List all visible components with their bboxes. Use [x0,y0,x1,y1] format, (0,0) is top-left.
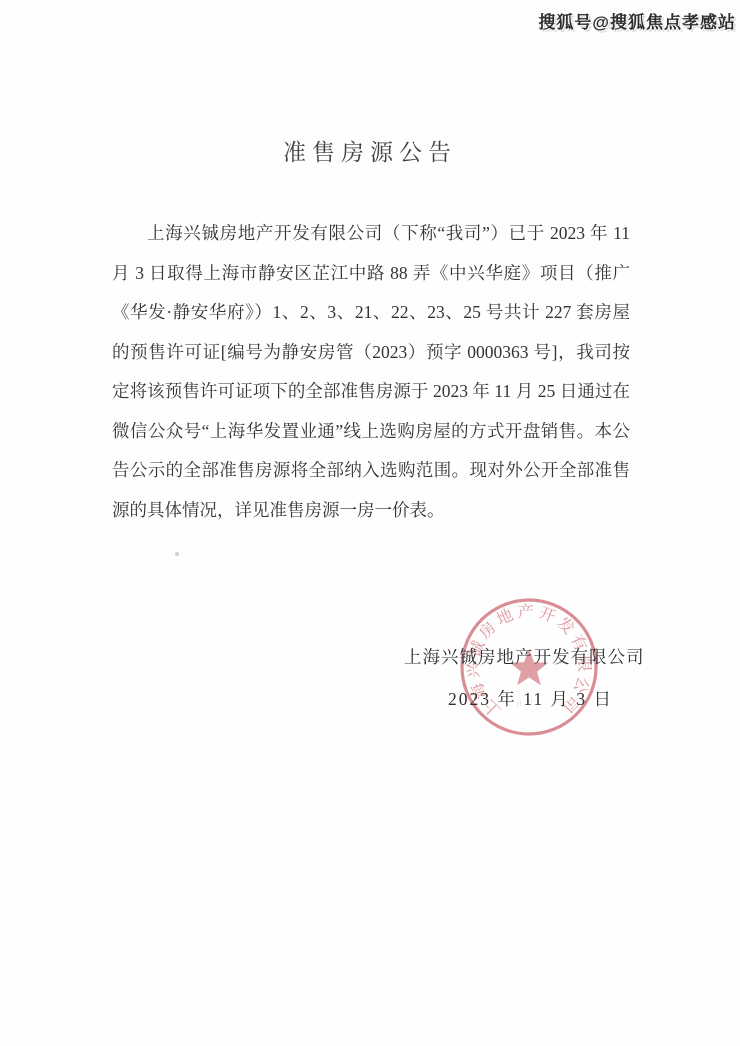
signature-date: 2023 年 11 月 3 日 [448,686,613,711]
body-line: 源的具体情况，详见准售房源一房一价表。 [112,491,630,531]
page-title: 准售房源公告 [0,134,740,167]
watermark-text: 搜狐号@搜狐焦点孝感站 [538,8,736,33]
body-line: 月 3 日取得上海市静安区芷江中路 88 弄《中兴华庭》项目（推广名： [112,254,630,294]
signature-company: 上海兴铖房地产开发有限公司 [404,644,645,669]
body-line: 的预售许可证[编号为静安房管（2023）预字 0000363 号]，我司按规 [112,333,630,373]
body-line: 告公示的全部准售房源将全部纳入选购范围。现对外公开全部准售房 [112,451,630,491]
body-line: 《华发·静安华府》）1、2、3、21、22、23、25 号共计 227 套房屋 [112,293,630,333]
document-page: 搜狐号@搜狐焦点孝感站 准售房源公告 上海兴铖房地产开发有限公司（下称“我司”）… [0,0,740,1046]
announcement-body: 上海兴铖房地产开发有限公司（下称“我司”）已于 2023 年 11 月 3 日取… [112,214,630,530]
body-line: 上海兴铖房地产开发有限公司（下称“我司”）已于 2023 年 11 [112,214,630,254]
body-line: 定将该预售许可证项下的全部准售房源于 2023 年 11 月 25 日通过在 [112,372,630,412]
body-line: 微信公众号“上海华发置业通”线上选购房屋的方式开盘销售。本公 [112,412,630,452]
scan-speck [175,552,179,556]
